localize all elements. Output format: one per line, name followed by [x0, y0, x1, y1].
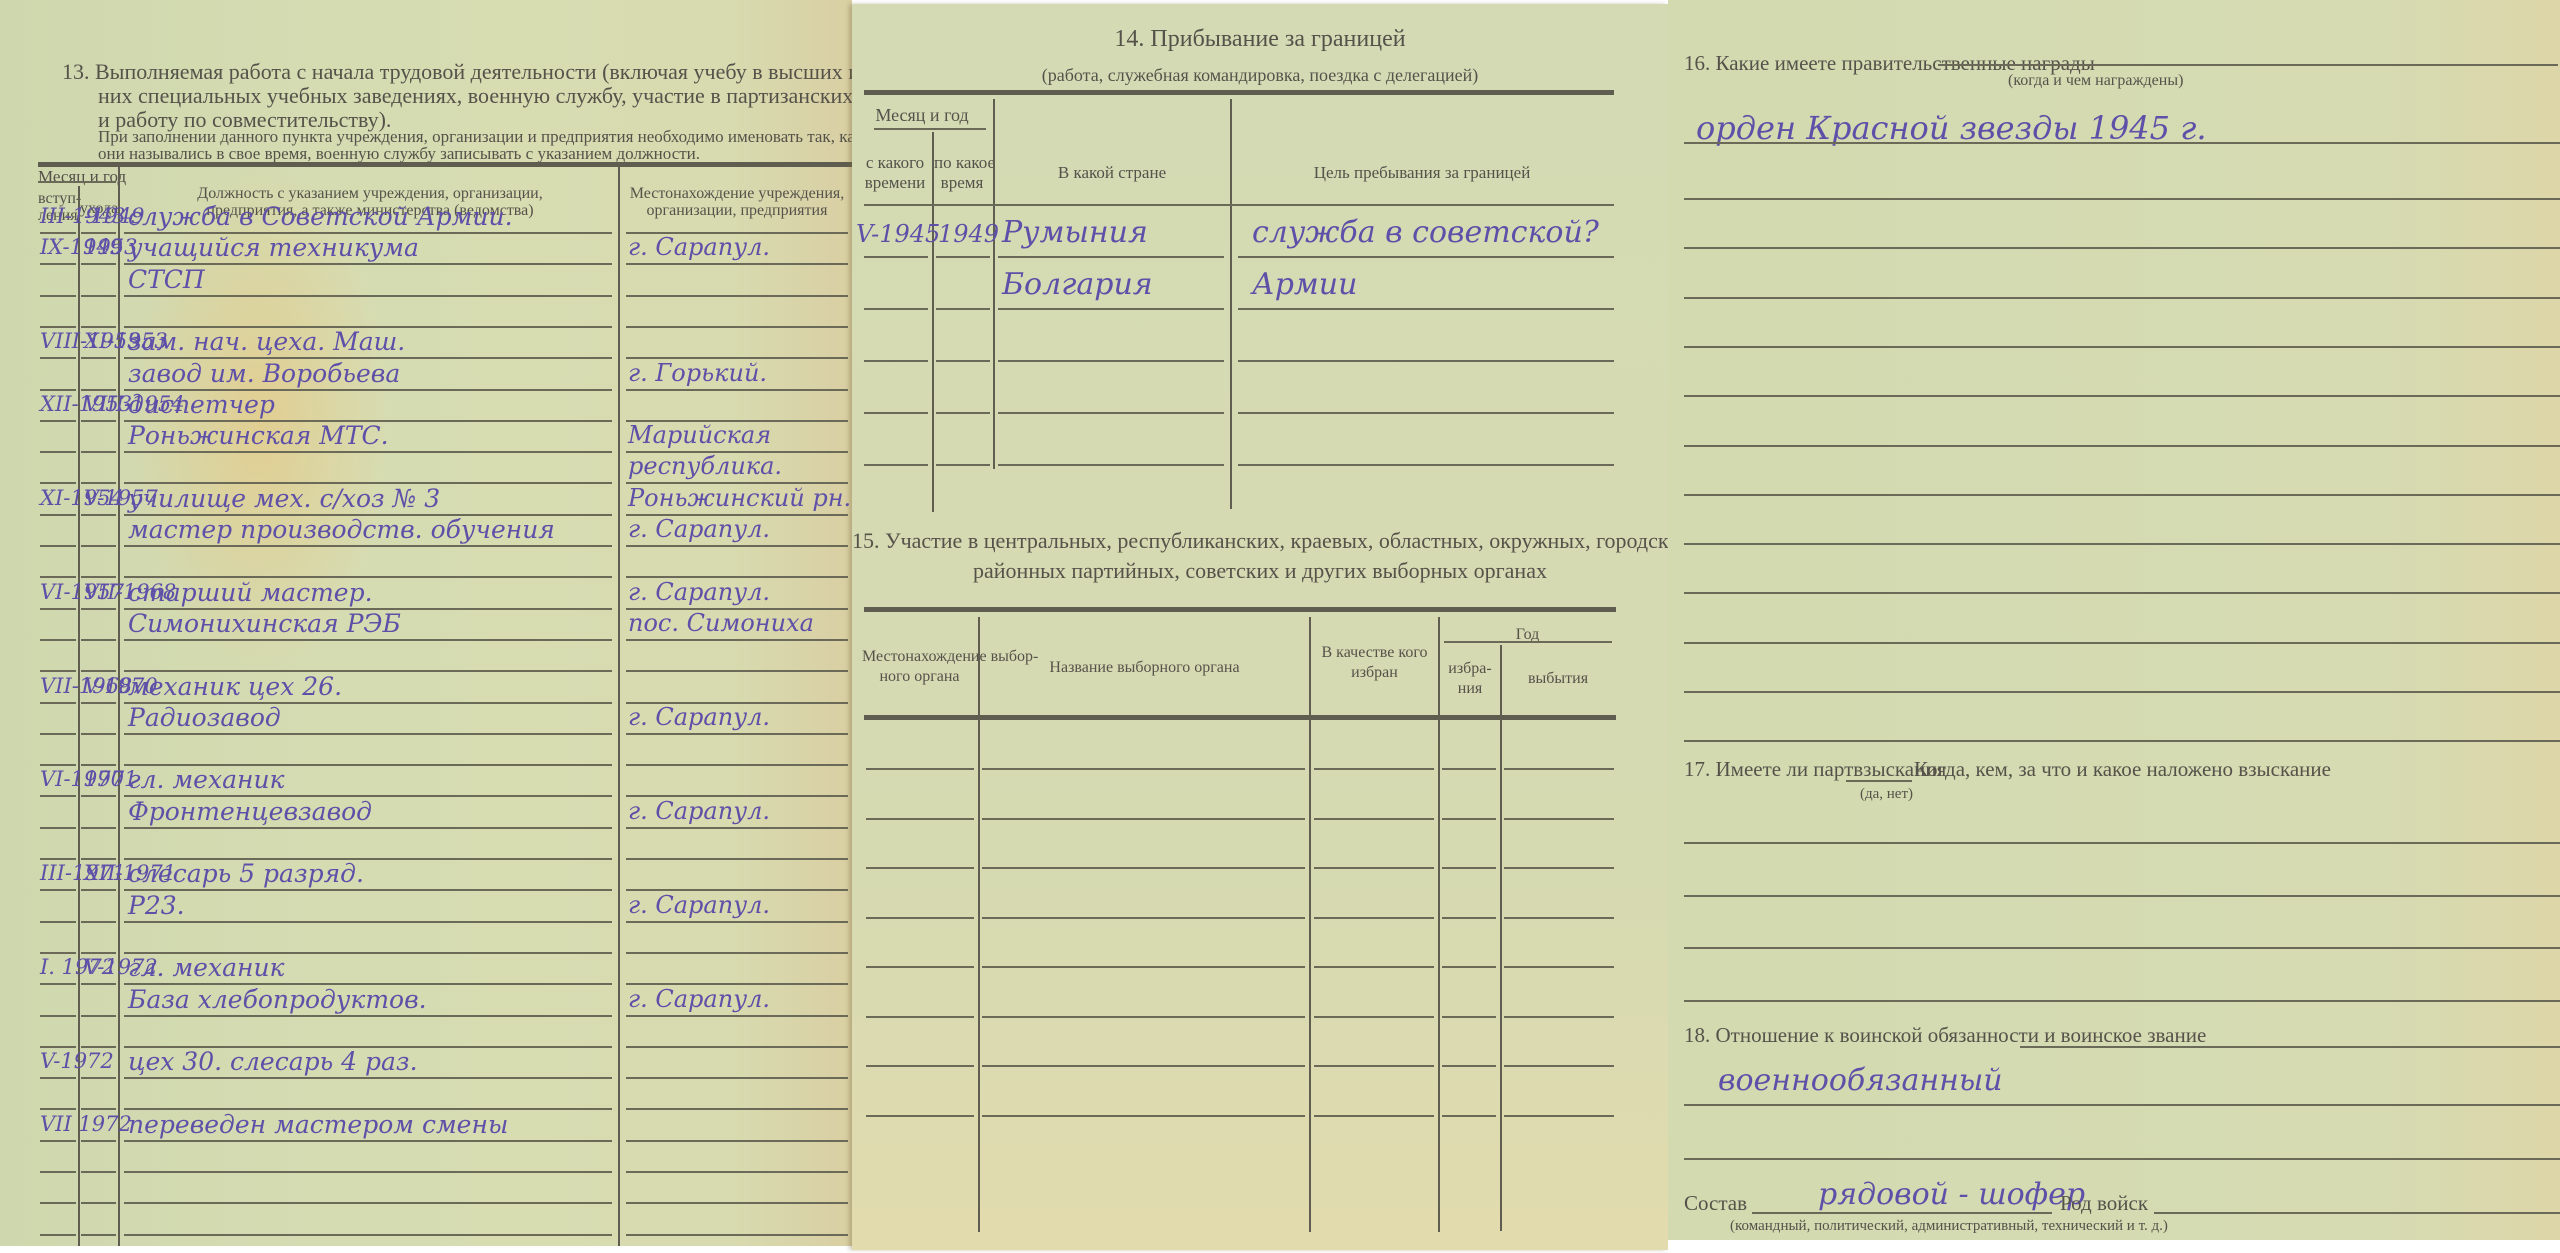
row-rule — [866, 966, 974, 968]
s14-header-from-line2: времени — [860, 174, 930, 193]
row-rule — [866, 768, 974, 770]
purpose-text: служба в советской? — [1252, 218, 1599, 248]
row-rule — [626, 921, 848, 923]
row-rule — [936, 256, 990, 258]
row-rule — [124, 451, 612, 453]
position-text: гл. механик — [128, 955, 284, 980]
row-rule — [81, 983, 116, 985]
position-text: Фронтенцевзавод — [128, 799, 372, 824]
ruled-line — [1684, 691, 2560, 693]
ruled-line — [1684, 395, 2560, 397]
purpose-text: Армии — [1252, 270, 1357, 300]
row-rule — [40, 795, 76, 797]
row-rule — [81, 1108, 116, 1110]
row-rule — [40, 733, 76, 735]
row-rule — [81, 889, 116, 891]
row-rule — [1238, 360, 1614, 362]
position-text: зам. нач. цеха. Маш. — [128, 329, 405, 354]
row-rule — [124, 1202, 612, 1204]
row-rule — [1504, 966, 1614, 968]
row-rule — [864, 464, 928, 466]
position-text: диспетчер — [128, 392, 275, 417]
row-rule — [626, 764, 848, 766]
position-text: Симонихинская РЭБ — [128, 611, 401, 636]
s15-header-name: Название выборного органа — [982, 659, 1307, 677]
row-rule — [982, 917, 1305, 919]
section-14-title: 14. Прибывание за границей — [852, 26, 1668, 52]
row-rule — [124, 921, 612, 923]
country-text: Болгария — [1002, 270, 1153, 300]
row-rule — [40, 482, 76, 484]
row-rule — [81, 263, 116, 265]
ruled-line — [1684, 494, 2560, 496]
page-middle-abroad-elected: 14. Прибывание за границей (работа, служ… — [852, 4, 1668, 1250]
row-rule — [40, 608, 76, 610]
position-text: База хлебопродуктов. — [128, 987, 427, 1012]
row-rule — [40, 420, 76, 422]
row-rule — [626, 1015, 848, 1017]
location-text: г. Сарапул. — [628, 705, 770, 729]
position-text: цех 30. слесарь 4 раз. — [128, 1049, 418, 1074]
row-rule — [81, 952, 116, 954]
section-13-title-line2: них специальных учебных заведениях, воен… — [98, 84, 852, 108]
ruled-line — [1684, 346, 2560, 348]
row-rule — [81, 1202, 116, 1204]
row-rule — [81, 1171, 116, 1173]
row-rule — [1504, 917, 1614, 919]
row-rule — [866, 867, 974, 869]
composition-label: Состав — [1684, 1192, 1747, 1215]
row-rule — [1238, 412, 1614, 414]
location-text: Марийская — [628, 423, 771, 447]
ruled-line — [1684, 247, 2560, 249]
row-rule — [40, 326, 76, 328]
section-13-note-line2: они назывались в свое время, военную слу… — [98, 145, 700, 164]
row-rule — [1314, 768, 1434, 770]
row-rule — [936, 308, 990, 310]
row-rule — [40, 263, 76, 265]
location-text: республика. — [628, 454, 782, 478]
row-rule — [124, 827, 612, 829]
row-rule — [81, 702, 116, 704]
row-rule — [982, 1016, 1305, 1018]
row-rule — [40, 232, 76, 234]
row-rule — [1314, 818, 1434, 820]
row-rule — [81, 1046, 116, 1048]
row-rule — [124, 1140, 612, 1142]
position-text: завод им. Воробьева — [128, 361, 400, 386]
entry-date: V-1972 — [40, 1051, 114, 1072]
s14-header-from: с какого — [860, 154, 930, 173]
s15-header-role-line2: избран — [1312, 664, 1437, 682]
row-rule — [40, 576, 76, 578]
row-rule — [626, 1077, 848, 1079]
awards-value: орден Красной звезды 1945 г. — [1696, 112, 2207, 144]
row-rule — [40, 1108, 76, 1110]
position-text: училище мех. с/хоз № 3 — [128, 486, 440, 511]
page-left-work-history: 13. Выполняемая работа с начала трудовой… — [0, 0, 852, 1246]
row-rule — [40, 1171, 76, 1173]
section-15-top-rule — [864, 607, 1616, 612]
row-rule — [626, 1171, 848, 1173]
position-text: Роньжинская МТС. — [128, 423, 389, 448]
ruled-line — [1684, 740, 2560, 742]
row-rule — [1238, 308, 1614, 310]
s15-header-location-line2: ного органа — [862, 668, 977, 686]
row-rule — [866, 1115, 974, 1117]
row-rule — [626, 1202, 848, 1204]
row-rule — [982, 867, 1305, 869]
row-rule — [1442, 867, 1496, 869]
row-rule — [1314, 867, 1434, 869]
row-rule — [40, 1046, 76, 1048]
row-rule — [1314, 917, 1434, 919]
position-text: СТСП — [128, 267, 205, 292]
row-rule — [626, 639, 848, 641]
row-rule — [40, 827, 76, 829]
row-rule — [124, 545, 612, 547]
row-rule — [1238, 464, 1614, 466]
row-rule — [81, 764, 116, 766]
row-rule — [40, 545, 76, 547]
row-rule — [40, 1015, 76, 1017]
section-17-hint: (да, нет) — [1860, 786, 1913, 803]
row-rule — [982, 1065, 1305, 1067]
row-rule — [864, 360, 928, 362]
row-rule — [40, 889, 76, 891]
s15-header-role: В качестве кого — [1312, 644, 1437, 662]
row-rule — [81, 420, 116, 422]
row-rule — [124, 295, 612, 297]
row-rule — [982, 966, 1305, 968]
row-rule — [1504, 1065, 1614, 1067]
row-rule — [998, 360, 1224, 362]
row-rule — [626, 858, 848, 860]
position-text: переведен мастером смены — [128, 1112, 508, 1137]
row-rule — [40, 1234, 76, 1236]
row-rule — [40, 1077, 76, 1079]
s14-header-to-line2: время — [934, 174, 990, 193]
composition-hint: (командный, политический, административн… — [1730, 1218, 2168, 1235]
row-rule — [40, 1202, 76, 1204]
row-rule — [81, 232, 116, 234]
row-rule — [40, 451, 76, 453]
row-rule — [81, 921, 116, 923]
row-rule — [81, 858, 116, 860]
location-text: г. Горький. — [628, 361, 767, 385]
position-text: старший мастер. — [128, 580, 373, 605]
row-rule — [866, 1016, 974, 1018]
row-rule — [81, 795, 116, 797]
row-rule — [81, 1077, 116, 1079]
row-rule — [982, 818, 1305, 820]
row-rule — [864, 308, 928, 310]
header-location-line2: организации, предприятия — [622, 202, 852, 220]
row-rule — [1314, 1016, 1434, 1018]
section-14-top-rule — [864, 90, 1614, 95]
row-rule — [866, 917, 974, 919]
ruled-line — [1684, 842, 2560, 844]
row-rule — [40, 639, 76, 641]
row-rule — [81, 451, 116, 453]
row-rule — [626, 1234, 848, 1236]
position-text: гл. механик — [128, 767, 284, 792]
ruled-line — [1684, 895, 2560, 897]
s14-header-to: по какое — [934, 154, 990, 173]
ruled-line — [1684, 297, 2560, 299]
s15-header-location: Местонахождение выбор- — [862, 648, 977, 666]
row-rule — [1314, 1065, 1434, 1067]
military-status-value: военнообязанный — [1718, 1066, 2003, 1096]
row-rule — [81, 827, 116, 829]
row-rule — [998, 256, 1224, 258]
row-rule — [998, 412, 1224, 414]
section-15-title-line2: районных партийных, советских и других в… — [852, 559, 1668, 583]
row-rule — [866, 818, 974, 820]
header-location: Местонахождение учреждения, — [622, 185, 852, 203]
row-rule — [40, 514, 76, 516]
location-text: пос. Симониха — [628, 611, 814, 635]
row-rule — [81, 514, 116, 516]
s14-header-country: В какой стране — [997, 164, 1227, 183]
ruled-line — [1684, 198, 2560, 200]
row-rule — [81, 295, 116, 297]
row-rule — [998, 308, 1224, 310]
country-text: Румыния — [1002, 218, 1148, 248]
header-position: Должность с указанием учреждения, органи… — [130, 185, 610, 203]
row-rule — [864, 412, 928, 414]
row-rule — [626, 670, 848, 672]
row-rule — [81, 1234, 116, 1236]
row-rule — [81, 639, 116, 641]
header-top-rule — [38, 162, 852, 167]
row-rule — [1504, 867, 1614, 869]
row-rule — [626, 545, 848, 547]
row-rule — [626, 389, 848, 391]
row-rule — [866, 1065, 974, 1067]
row-rule — [1504, 818, 1614, 820]
row-rule — [1238, 256, 1614, 258]
s15-header-left: выбытия — [1502, 670, 1614, 688]
row-rule — [40, 670, 76, 672]
s15-header-elected: избра- — [1440, 660, 1500, 678]
location-text: Роньжинский рн. — [628, 486, 851, 510]
row-rule — [864, 256, 928, 258]
location-text: г. Сарапул. — [628, 580, 770, 604]
row-rule — [40, 983, 76, 985]
row-rule — [626, 263, 848, 265]
row-rule — [982, 1115, 1305, 1117]
row-rule — [626, 952, 848, 954]
row-rule — [1504, 1016, 1614, 1018]
row-rule — [1442, 966, 1496, 968]
position-text: слесарь 5 разряд. — [128, 861, 364, 886]
row-rule — [124, 1077, 612, 1079]
row-rule — [626, 326, 848, 328]
section-16-hint: (когда и чем награждены) — [2008, 72, 2183, 90]
row-rule — [124, 733, 612, 735]
row-rule — [124, 889, 612, 891]
ruled-line — [1684, 947, 2560, 949]
row-rule — [81, 670, 116, 672]
ruled-line — [1684, 445, 2560, 447]
row-rule — [124, 1234, 612, 1236]
location-text: г. Сарапул. — [628, 235, 770, 259]
position-text: Р23. — [128, 893, 185, 918]
row-rule — [936, 412, 990, 414]
ruled-line — [1684, 592, 2560, 594]
position-text: мастер производств. обучения — [128, 517, 555, 542]
row-rule — [124, 1171, 612, 1173]
to-date: 1949 — [938, 222, 999, 246]
column-divider — [118, 164, 120, 1246]
entry-date: VII 1972 — [40, 1114, 132, 1135]
row-rule — [626, 827, 848, 829]
row-rule — [626, 295, 848, 297]
row-rule — [40, 702, 76, 704]
row-rule — [1442, 768, 1496, 770]
location-text: г. Сарапул. — [628, 987, 770, 1011]
row-rule — [40, 921, 76, 923]
s14-header-month-year: Месяц и год — [862, 106, 982, 126]
location-text: г. Сарапул. — [628, 517, 770, 541]
header-month-year: Месяц и год — [38, 168, 118, 187]
section-14-subtitle: (работа, служебная командировка, поездка… — [852, 66, 1668, 86]
row-rule — [81, 733, 116, 735]
section-13-title: 13. Выполняемая работа с начала трудовой… — [62, 60, 852, 84]
section-18-label: 18. Отношение к воинской обязанности и в… — [1684, 1024, 2206, 1047]
row-rule — [81, 608, 116, 610]
section-17-label2: Когда, кем, за что и какое наложено взыс… — [1914, 758, 2331, 781]
section-15-title: 15. Участие в центральных, республиканск… — [852, 529, 1668, 553]
ruled-line — [1684, 1000, 2560, 1002]
row-rule — [626, 733, 848, 735]
row-rule — [1442, 1016, 1496, 1018]
row-rule — [40, 858, 76, 860]
header-sub-rule — [38, 181, 116, 183]
row-rule — [626, 1046, 848, 1048]
row-rule — [1442, 818, 1496, 820]
row-rule — [1442, 1115, 1496, 1117]
row-rule — [626, 1140, 848, 1142]
row-rule — [998, 464, 1224, 466]
position-text: служба в Советской Армии. — [128, 204, 513, 229]
ruled-line — [1684, 543, 2560, 545]
row-rule — [81, 326, 116, 328]
row-rule — [1442, 917, 1496, 919]
row-rule — [626, 1108, 848, 1110]
row-rule — [40, 357, 76, 359]
s15-header-elected-line2: ния — [1440, 680, 1500, 698]
row-rule — [124, 1015, 612, 1017]
row-rule — [982, 768, 1305, 770]
location-text: г. Сарапул. — [628, 799, 770, 823]
location-text: г. Сарапул. — [628, 893, 770, 917]
row-rule — [81, 357, 116, 359]
row-rule — [124, 639, 612, 641]
row-rule — [1314, 1115, 1434, 1117]
row-rule — [40, 764, 76, 766]
composition-value: рядовой - шофер — [1818, 1180, 2085, 1210]
position-text: механик цех 26. — [128, 674, 342, 699]
row-rule — [1504, 768, 1614, 770]
row-rule — [40, 952, 76, 954]
row-rule — [1504, 1115, 1614, 1117]
row-rule — [936, 464, 990, 466]
row-rule — [1314, 966, 1434, 968]
row-rule — [1442, 1065, 1496, 1067]
row-rule — [936, 360, 990, 362]
s14-header-purpose: Цель пребывания за границей — [1232, 164, 1612, 183]
row-rule — [81, 389, 116, 391]
from-date: V-1945 — [856, 222, 940, 246]
position-text: учащийся техникума — [128, 235, 419, 260]
row-rule — [40, 389, 76, 391]
ruled-line — [1684, 642, 2560, 644]
row-rule — [81, 1015, 116, 1017]
page-right-awards-military: 16. Какие имеете правительственные награ… — [1668, 0, 2560, 1240]
row-rule — [81, 545, 116, 547]
branch-label: Род войск — [2060, 1192, 2148, 1215]
row-rule — [81, 482, 116, 484]
row-rule — [81, 1140, 116, 1142]
column-divider — [618, 164, 620, 1246]
section-17-label: 17. Имеете ли партвзыскания — [1684, 758, 1946, 781]
row-rule — [40, 295, 76, 297]
position-text: Радиозавод — [128, 705, 281, 730]
row-rule — [81, 576, 116, 578]
row-rule — [40, 1140, 76, 1142]
